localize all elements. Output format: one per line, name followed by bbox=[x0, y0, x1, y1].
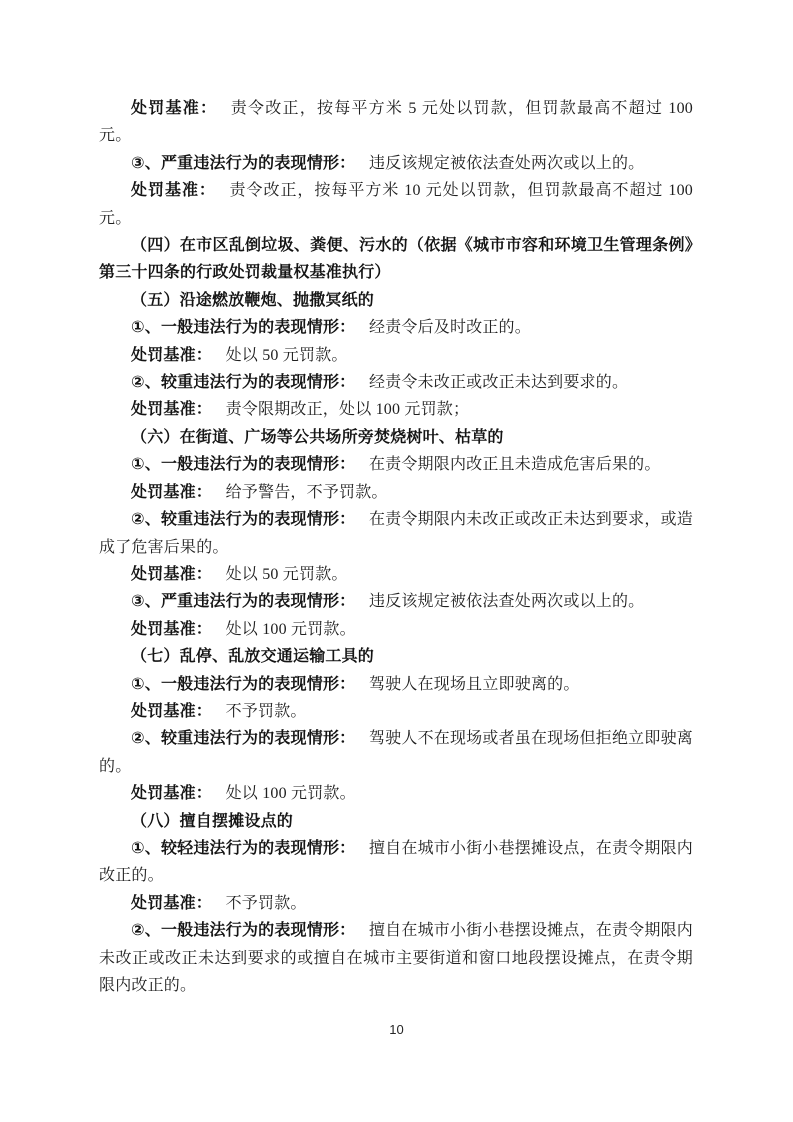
paragraph-label: 处罚基准： bbox=[131, 484, 212, 501]
paragraph: 处罚基准：责令改正，按每平方米 10 元处以罚款，但罚款最高不超过 100 元。 bbox=[99, 177, 693, 232]
paragraph: ②、较重违法行为的表现情形：驾驶人不在现场或者虽在现场但拒绝立即驶离的。 bbox=[99, 725, 693, 780]
paragraph-label: ③、严重违法行为的表现情形： bbox=[131, 593, 355, 610]
paragraph-text: 处以 100 元罚款。 bbox=[226, 785, 356, 802]
paragraph: 处罚基准：处以 50 元罚款。 bbox=[99, 342, 693, 369]
paragraph: ①、一般违法行为的表现情形：经责令后及时改正的。 bbox=[99, 314, 693, 341]
paragraph-label: ①、一般违法行为的表现情形： bbox=[131, 676, 355, 693]
paragraph-label: ①、一般违法行为的表现情形： bbox=[131, 319, 355, 336]
paragraph-text: 不予罚款。 bbox=[226, 703, 307, 720]
paragraph-text: 驾驶人在现场且立即驶离的。 bbox=[369, 676, 580, 693]
paragraph-label: （八）擅自摆摊设点的 bbox=[131, 813, 293, 830]
paragraph: ②、较重违法行为的表现情形：在责令期限内未改正或改正未达到要求，或造成了危害后果… bbox=[99, 506, 693, 561]
paragraph-label: （六）在街道、广场等公共场所旁焚烧树叶、枯草的 bbox=[131, 429, 504, 446]
page-number: 10 bbox=[0, 1022, 793, 1037]
paragraph: ①、一般违法行为的表现情形：在责令期限内改正且未造成危害后果的。 bbox=[99, 451, 693, 478]
paragraph: ②、一般违法行为的表现情形：擅自在城市小街小巷摆设摊点，在责令期限内未改正或改正… bbox=[99, 917, 693, 999]
paragraph: 处罚基准：处以 100 元罚款。 bbox=[99, 780, 693, 807]
paragraph-text: 责令限期改正，处以 100 元罚款； bbox=[226, 401, 470, 418]
paragraph-label: 处罚基准： bbox=[131, 895, 212, 912]
paragraph-text: 处以 50 元罚款。 bbox=[226, 566, 348, 583]
paragraph-label: ①、较轻违法行为的表现情形： bbox=[131, 840, 355, 857]
paragraph-label: ②、一般违法行为的表现情形： bbox=[131, 922, 355, 939]
paragraph-text: 在责令期限内改正且未造成危害后果的。 bbox=[369, 456, 661, 473]
paragraph: 处罚基准：处以 50 元罚款。 bbox=[99, 561, 693, 588]
paragraph-label: 处罚基准： bbox=[131, 703, 212, 720]
paragraph: 处罚基准：责令限期改正，处以 100 元罚款； bbox=[99, 396, 693, 423]
paragraph-label: （七）乱停、乱放交通运输工具的 bbox=[131, 648, 374, 665]
paragraph-label: 处罚基准： bbox=[131, 182, 216, 199]
paragraph: 处罚基准：处以 100 元罚款。 bbox=[99, 616, 693, 643]
document-body: 处罚基准：责令改正，按每平方米 5 元处以罚款，但罚款最高不超过 100 元。 … bbox=[99, 95, 693, 999]
paragraph: 处罚基准：不予罚款。 bbox=[99, 890, 693, 917]
paragraph-label: 处罚基准： bbox=[131, 785, 212, 802]
paragraph-label: ②、较重违法行为的表现情形： bbox=[131, 374, 355, 391]
paragraph-text: 处以 50 元罚款。 bbox=[226, 347, 348, 364]
section-heading: （七）乱停、乱放交通运输工具的 bbox=[99, 643, 693, 670]
paragraph-text: 经责令未改正或改正未达到要求的。 bbox=[369, 374, 628, 391]
paragraph: ③、严重违法行为的表现情形：违反该规定被依法查处两次或以上的。 bbox=[99, 150, 693, 177]
paragraph-label: 处罚基准： bbox=[131, 347, 212, 364]
paragraph-label: （五）沿途燃放鞭炮、抛撒冥纸的 bbox=[131, 292, 374, 309]
paragraph-label: ③、严重违法行为的表现情形： bbox=[131, 155, 355, 172]
section-heading: （四）在市区乱倒垃圾、粪便、污水的（依据《城市市容和环境卫生管理条例》第三十四条… bbox=[99, 232, 693, 287]
paragraph-label: ①、一般违法行为的表现情形： bbox=[131, 456, 355, 473]
paragraph-text: 处以 100 元罚款。 bbox=[226, 621, 356, 638]
paragraph-text: 给予警告，不予罚款。 bbox=[226, 484, 388, 501]
section-heading: （六）在街道、广场等公共场所旁焚烧树叶、枯草的 bbox=[99, 424, 693, 451]
document-page: 处罚基准：责令改正，按每平方米 5 元处以罚款，但罚款最高不超过 100 元。 … bbox=[0, 0, 793, 1122]
paragraph-label: ②、较重违法行为的表现情形： bbox=[131, 511, 355, 528]
paragraph: 处罚基准：不予罚款。 bbox=[99, 698, 693, 725]
paragraph-text: 违反该规定被依法查处两次或以上的。 bbox=[369, 593, 644, 610]
paragraph: ③、严重违法行为的表现情形：违反该规定被依法查处两次或以上的。 bbox=[99, 588, 693, 615]
section-heading: （八）擅自摆摊设点的 bbox=[99, 808, 693, 835]
paragraph: 处罚基准：给予警告，不予罚款。 bbox=[99, 479, 693, 506]
paragraph-label: 处罚基准： bbox=[131, 401, 212, 418]
paragraph-label: 处罚基准： bbox=[131, 566, 212, 583]
paragraph-text: 违反该规定被依法查处两次或以上的。 bbox=[369, 155, 644, 172]
paragraph-label: 处罚基准： bbox=[131, 621, 212, 638]
paragraph-text: 不予罚款。 bbox=[226, 895, 307, 912]
section-heading: （五）沿途燃放鞭炮、抛撒冥纸的 bbox=[99, 287, 693, 314]
paragraph: ①、一般违法行为的表现情形：驾驶人在现场且立即驶离的。 bbox=[99, 671, 693, 698]
paragraph: ②、较重违法行为的表现情形：经责令未改正或改正未达到要求的。 bbox=[99, 369, 693, 396]
paragraph: ①、较轻违法行为的表现情形：擅自在城市小街小巷摆摊设点，在责令期限内改正的。 bbox=[99, 835, 693, 890]
paragraph: 处罚基准：责令改正，按每平方米 5 元处以罚款，但罚款最高不超过 100 元。 bbox=[99, 95, 693, 150]
paragraph-label: （四）在市区乱倒垃圾、粪便、污水的（依据《城市市容和环境卫生管理条例》第三十四条… bbox=[99, 237, 693, 281]
paragraph-text: 经责令后及时改正的。 bbox=[369, 319, 531, 336]
paragraph-label: ②、较重违法行为的表现情形： bbox=[131, 730, 355, 747]
paragraph-label: 处罚基准： bbox=[131, 100, 217, 117]
